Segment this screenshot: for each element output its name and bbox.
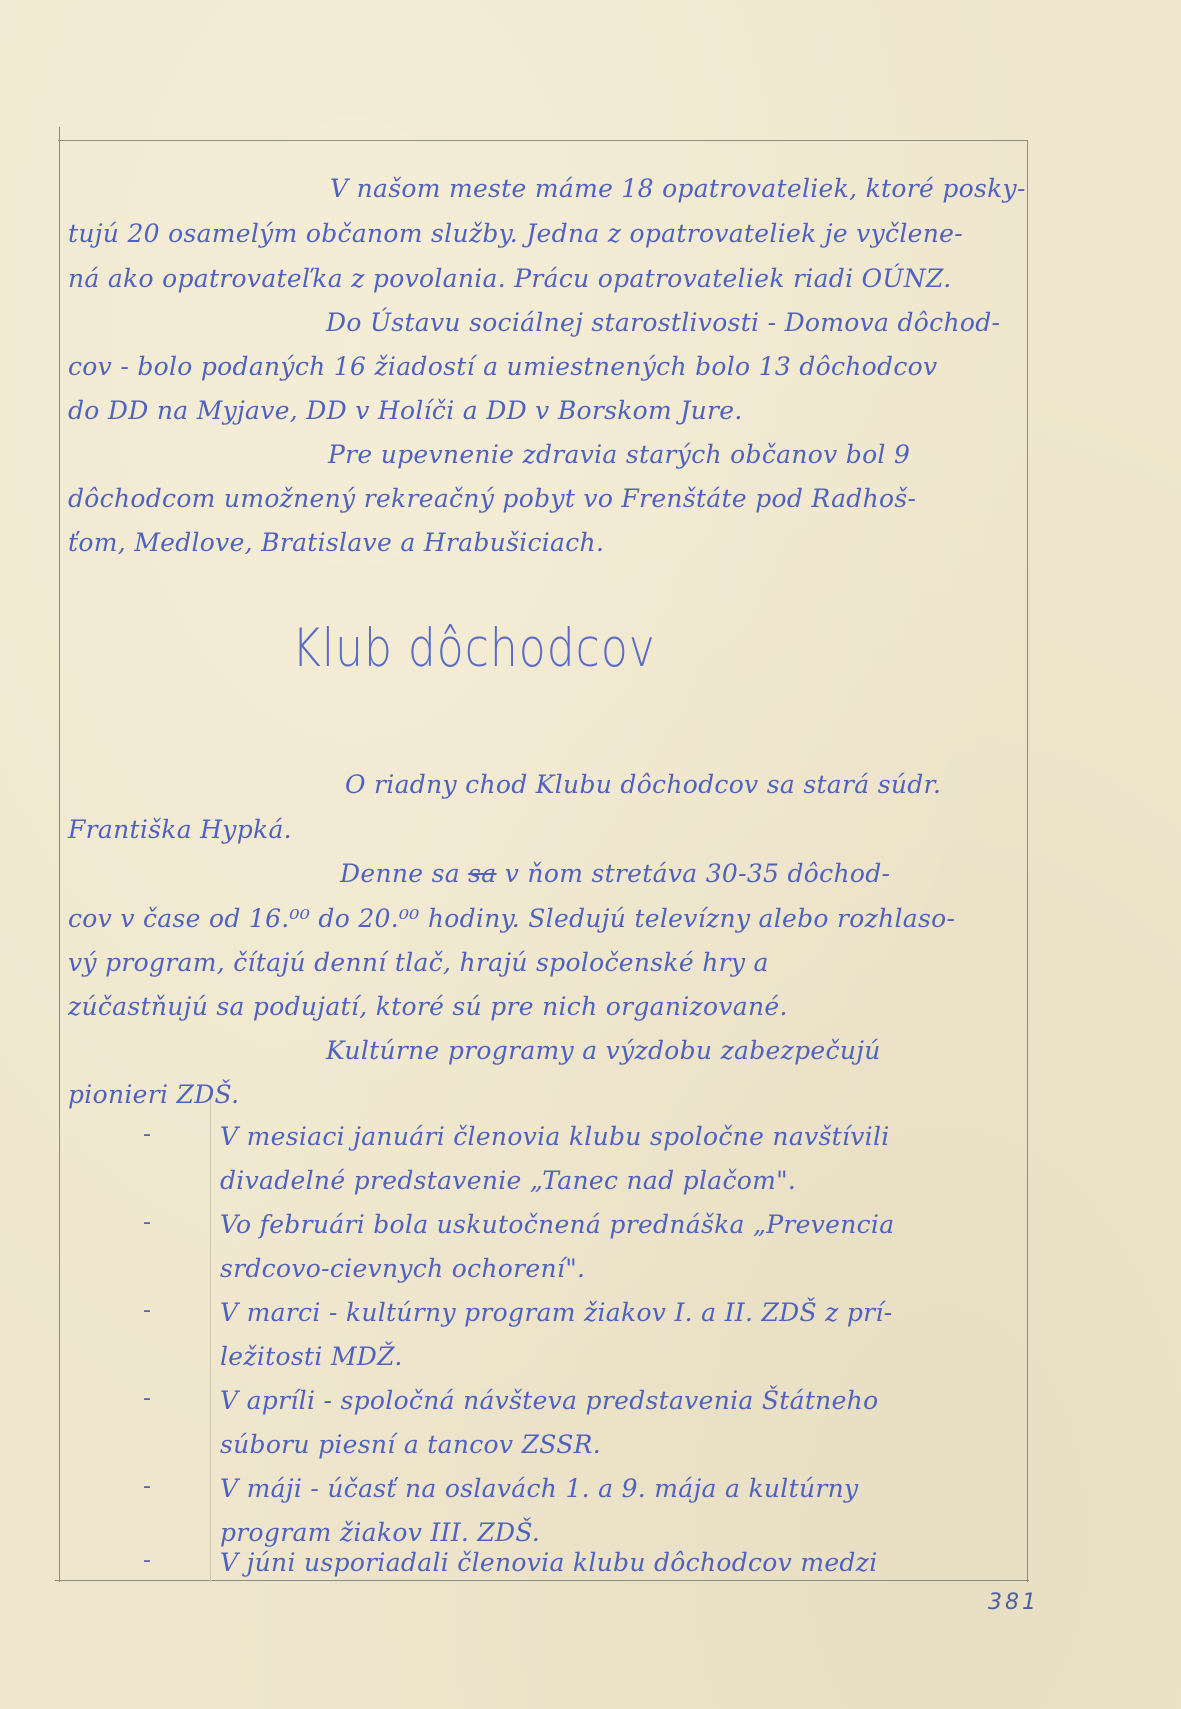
- frame-right-rule: [1027, 140, 1028, 1582]
- text-line: súboru piesní a tancov ZSSR.: [220, 1430, 601, 1459]
- text-line: V júni usporiadali členovia klubu dôchod…: [220, 1548, 878, 1577]
- dash-bullet: -: [143, 1548, 151, 1573]
- frame-bottom-rule: [55, 1580, 1029, 1581]
- dash-bullet: -: [143, 1122, 151, 1147]
- text-line: pionieri ZDŠ.: [68, 1080, 239, 1109]
- text-line: V apríli - spoločná návšteva predstaveni…: [220, 1386, 878, 1415]
- dash-bullet: -: [143, 1474, 151, 1499]
- text-line: divadelné predstavenie „Tanec nad plačom…: [220, 1166, 796, 1195]
- text-line: V máji - účasť na oslavách 1. a 9. mája …: [220, 1474, 858, 1503]
- frame-top-rule: [58, 140, 1028, 141]
- text-line: vý program, čítajú denní tlač, hrajú spo…: [68, 948, 769, 977]
- text-line: dôchodcom umožnený rekreačný pobyt vo Fr…: [68, 484, 916, 513]
- text-line: ležitosti MDŽ.: [220, 1342, 403, 1371]
- text-line: ná ako opatrovateľka z povolania. Prácu …: [68, 264, 951, 293]
- text-line: Pre upevnenie zdravia starých občanov bo…: [328, 440, 910, 469]
- text-line: srdcovo-cievnych ochorení".: [220, 1254, 585, 1283]
- text-segment: v ňom stretáva 30-35 dôchod-: [505, 859, 891, 888]
- text-line: Vo februári bola uskutočnená prednáška „…: [220, 1210, 894, 1239]
- text-line: O riadny chod Klubu dôchodcov sa stará s…: [345, 770, 941, 799]
- text-line: Kultúrne programy a výzdobu zabezpečujú: [326, 1036, 881, 1065]
- text-line: Denne sa sa v ňom stretáva 30-35 dôchod-: [340, 859, 890, 888]
- text-line: do DD na Myjave, DD v Holíči a DD v Bors…: [68, 396, 743, 425]
- text-line: ťom, Medlove, Bratislave a Hrabušiciach.: [68, 528, 604, 557]
- text-segment: Denne sa: [340, 859, 460, 888]
- text-line: program žiakov III. ZDŠ.: [220, 1518, 540, 1547]
- text-line: V mesiaci januári členovia klubu spoločn…: [220, 1122, 890, 1151]
- text-line: cov - bolo podaných 16 žiadostí a umiest…: [68, 352, 937, 381]
- text-line: Františka Hypká.: [68, 815, 292, 844]
- dash-bullet: -: [143, 1298, 151, 1323]
- text-line: cov v čase od 16.⁰⁰ do 20.⁰⁰ hodiny. Sle…: [68, 904, 955, 933]
- page-number: 381: [988, 1590, 1039, 1615]
- dash-bullet: -: [143, 1386, 151, 1411]
- dash-bullet: -: [143, 1210, 151, 1235]
- text-line: Do Ústavu sociálnej starostlivosti - Dom…: [326, 308, 1000, 337]
- frame-left-rule: [59, 127, 60, 1582]
- struck-word: sa: [468, 859, 496, 888]
- text-line: V marci - kultúrny program žiakov I. a I…: [220, 1298, 892, 1327]
- text-line: zúčastňujú sa podujatí, ktoré sú pre nic…: [68, 992, 788, 1021]
- text-line: V našom meste máme 18 opatrovateliek, kt…: [330, 174, 1026, 203]
- section-heading: Klub dôchodcov: [292, 618, 656, 679]
- text-line: tujú 20 osamelým občanom služby. Jedna z…: [68, 219, 963, 248]
- frame-inner-margin-rule: [210, 1095, 211, 1582]
